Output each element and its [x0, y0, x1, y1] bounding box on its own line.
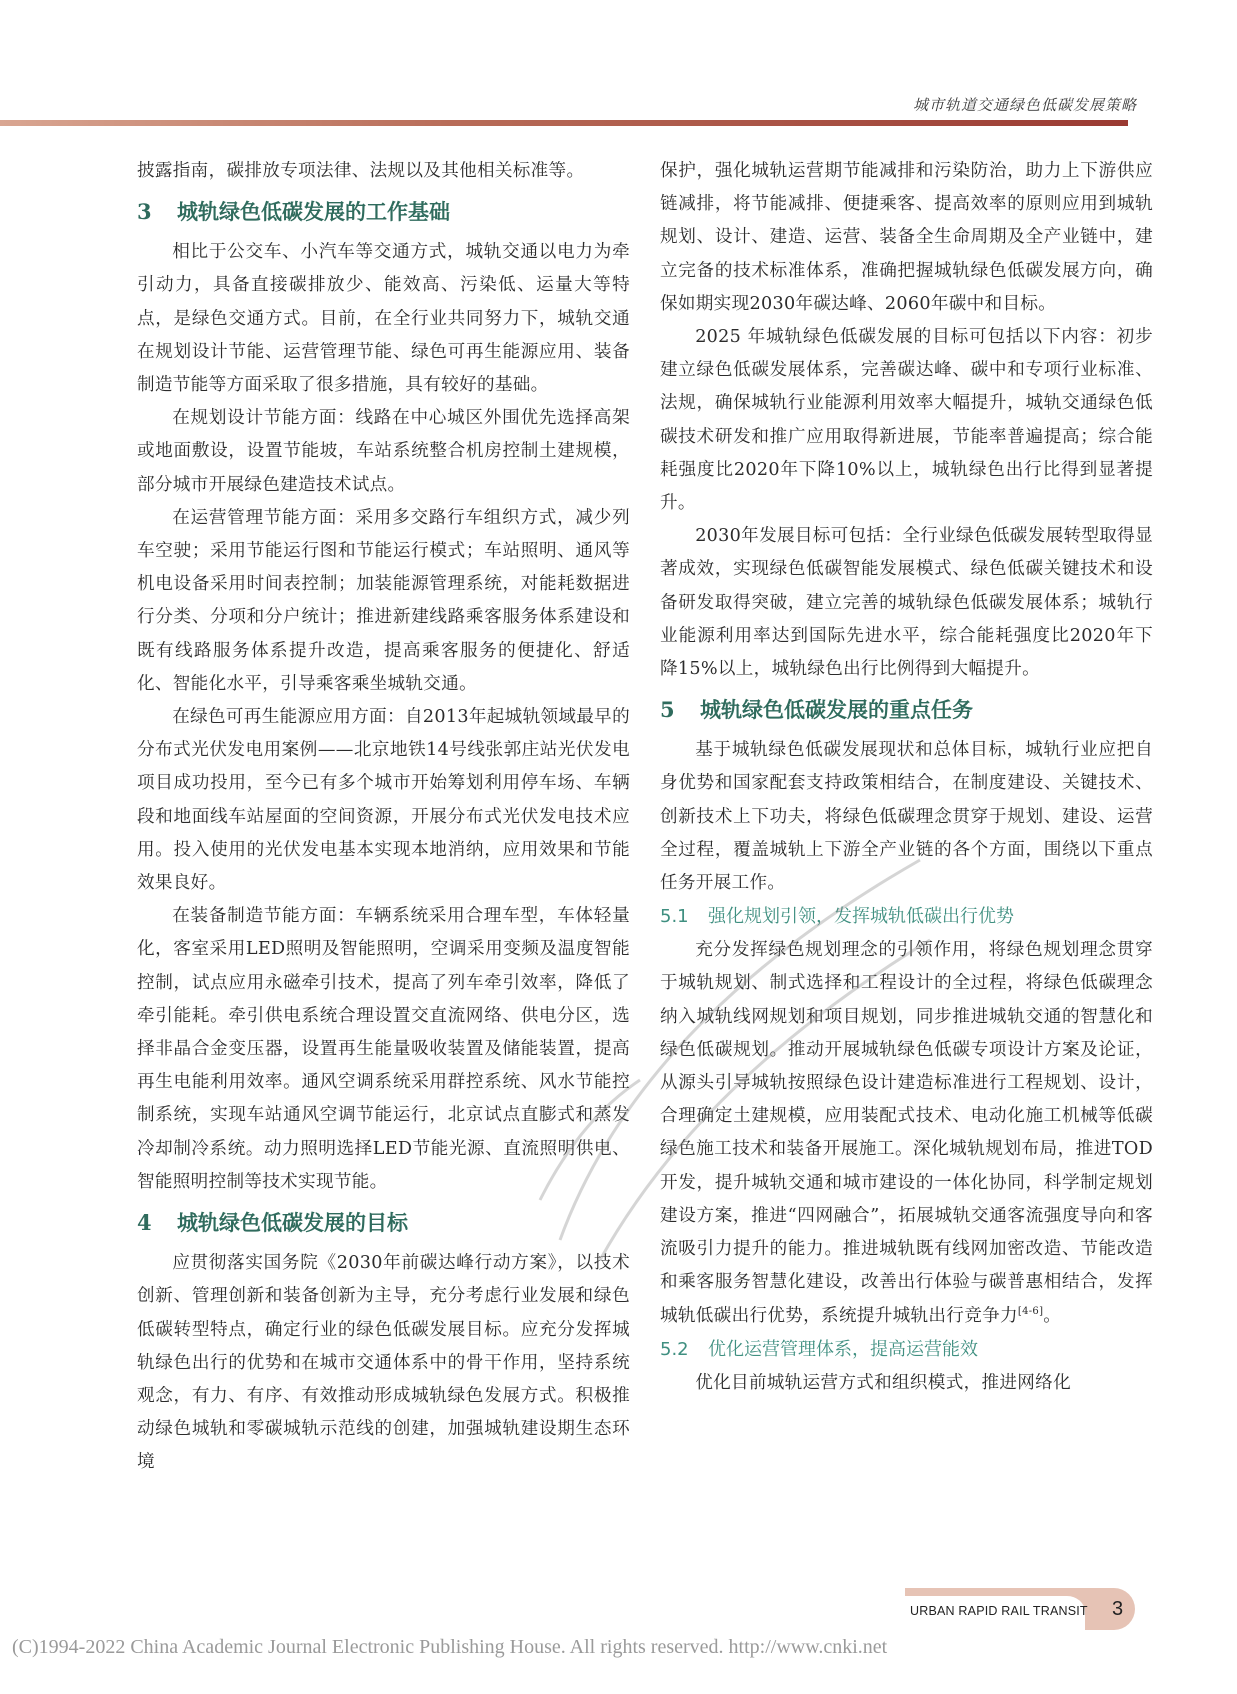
paragraph: 充分发挥绿色规划理念的引领作用，将绿色规划理念贯穿于城轨规划、制式选择和工程设计… [660, 934, 1153, 1332]
citation-link[interactable]: [4-6] [1018, 1306, 1043, 1317]
paragraph-end: 。 [1043, 1306, 1061, 1326]
section-title: 城轨绿色低碳发展的工作基础 [177, 199, 450, 224]
running-title: 城市轨道交通绿色低碳发展策略 [913, 94, 1137, 115]
paragraph: 在规划设计节能方面：线路在中心城区外围优先选择高架或地面敷设，设置节能坡，车站系… [137, 402, 630, 502]
paragraph: 基于城轨绿色低碳发展现状和总体目标，城轨行业应把自身优势和国家配套支持政策相结合… [660, 734, 1153, 900]
subsection-title: 优化运营管理体系，提高运营能效 [708, 1339, 978, 1360]
section-3-heading: 3城轨绿色低碳发展的工作基础 [137, 190, 630, 234]
subsection-title: 强化规划引领，发挥城轨低碳出行优势 [708, 906, 1014, 927]
section-title: 城轨绿色低碳发展的重点任务 [700, 697, 973, 722]
journal-name: URBAN RAPID RAIL TRANSIT [910, 1604, 1088, 1618]
right-column: 保护，强化城轨运营期节能减排和污染防治，助力上下游供应链减排，将节能减排、便捷乘… [660, 155, 1153, 1400]
section-4-heading: 4城轨绿色低碳发展的目标 [137, 1201, 630, 1245]
section-number: 3 [137, 190, 177, 234]
paragraph: 在绿色可再生能源应用方面：自2013年起城轨领域最早的分布式光伏发电用案例——北… [137, 701, 630, 900]
page-number: 3 [1112, 1598, 1123, 1621]
subsection-number: 5.1 [660, 900, 708, 934]
subsection-5-1-heading: 5.1强化规划引领，发挥城轨低碳出行优势 [660, 900, 1153, 934]
section-5-heading: 5城轨绿色低碳发展的重点任务 [660, 688, 1153, 732]
paragraph: 应贯彻落实国务院《2030年前碳达峰行动方案》，以技术创新、管理创新和装备创新为… [137, 1247, 630, 1479]
left-column: 披露指南，碳排放专项法律、法规以及其他相关标准等。 3城轨绿色低碳发展的工作基础… [137, 155, 630, 1480]
section-title: 城轨绿色低碳发展的目标 [177, 1210, 408, 1235]
subsection-number: 5.2 [660, 1333, 708, 1367]
paragraph: 在运营管理节能方面：采用多交路行车组织方式，减少列车空驶；采用节能运行图和节能运… [137, 502, 630, 701]
paragraph: 2030年发展目标可包括：全行业绿色低碳发展转型取得显著成效，实现绿色低碳智能发… [660, 520, 1153, 686]
section-number: 5 [660, 688, 700, 732]
header-rule [0, 120, 1128, 126]
section-number: 4 [137, 1201, 177, 1245]
paragraph: 保护，强化城轨运营期节能减排和污染防治，助力上下游供应链减排，将节能减排、便捷乘… [660, 155, 1153, 321]
paragraph: 披露指南，碳排放专项法律、法规以及其他相关标准等。 [137, 155, 630, 188]
paragraph: 在装备制造节能方面：车辆系统采用合理车型，车体轻量化，客室采用LED照明及智能照… [137, 900, 630, 1199]
paragraph-text: 充分发挥绿色规划理念的引领作用，将绿色规划理念贯穿于城轨规划、制式选择和工程设计… [660, 940, 1153, 1325]
copyright-notice: (C)1994-2022 China Academic Journal Elec… [12, 1636, 887, 1659]
paragraph: 相比于公交车、小汽车等交通方式，城轨交通以电力为牵引动力，具备直接碳排放少、能效… [137, 236, 630, 402]
paragraph: 优化目前城轨运营方式和组织模式，推进网络化 [660, 1367, 1153, 1400]
subsection-5-2-heading: 5.2优化运营管理体系，提高运营能效 [660, 1333, 1153, 1367]
paragraph: 2025 年城轨绿色低碳发展的目标可包括以下内容：初步建立绿色低碳发展体系，完善… [660, 321, 1153, 520]
